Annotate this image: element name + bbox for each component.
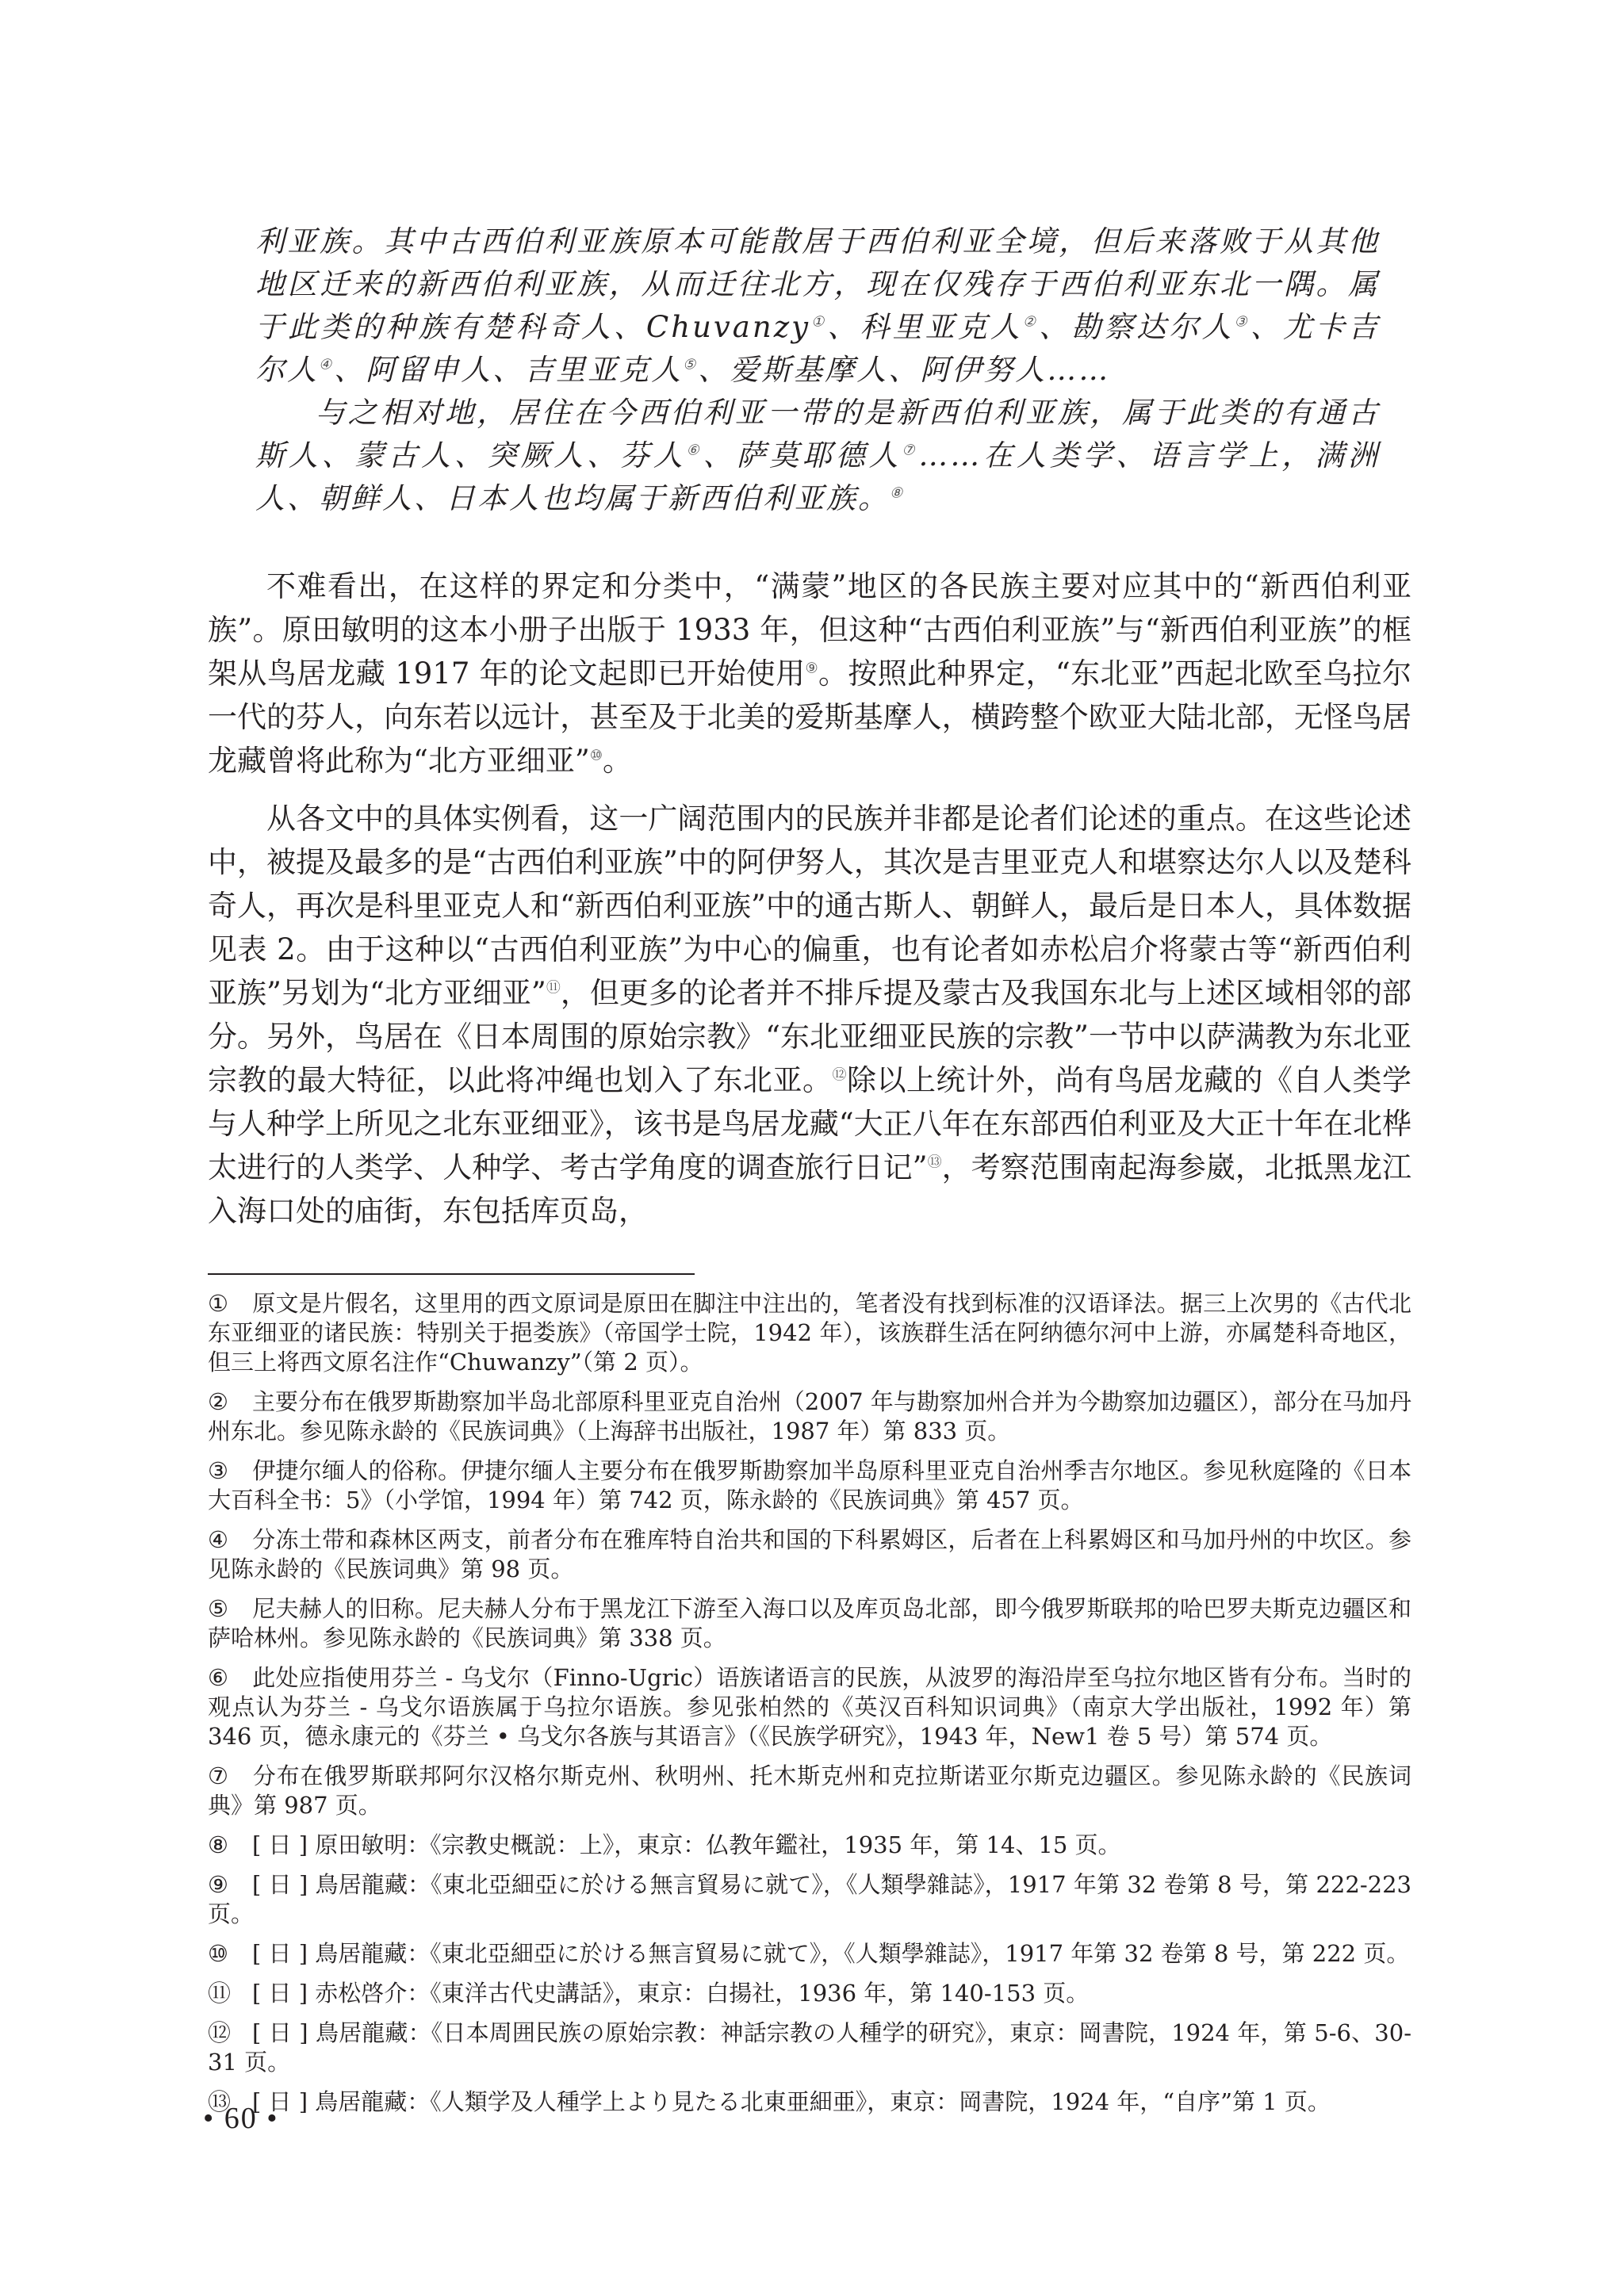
- footnote-number: ⑫: [208, 2019, 252, 2048]
- footnote-ref-6[interactable]: ⑥: [687, 442, 703, 459]
- footnote-text: 此处应指使用芬兰 - 乌戈尔（Finno-Ugric）语族诸语言的民族，从波罗的…: [208, 1664, 1411, 1750]
- footnote-ref-13[interactable]: ⑬: [928, 1154, 942, 1171]
- footnote-text: 主要分布在俄罗斯勘察加半岛北部原科里亚克自治州（2007 年与勘察加州合并为今勘…: [208, 1388, 1411, 1445]
- footnote-13: ⑬[ 日 ] 鳥居龍藏：《人類学及人種学上より見たる北東亜細亜》，東京：岡書院，…: [208, 2087, 1411, 2117]
- footnote-text: [ 日 ] 鳥居龍藏：《東北亞細亞に於ける無言貿易に就て》，《人類學雜誌》，19…: [208, 1871, 1411, 1927]
- footnote-1: ①原文是片假名，这里用的西文原词是原田在脚注中注出的，笔者没有找到标准的汉语译法…: [208, 1289, 1411, 1377]
- body-paragraph-1: 不难看出，在这样的界定和分类中，“满蒙”地区的各民族主要对应其中的“新西伯利亚族…: [208, 564, 1411, 783]
- quote-paragraph-2: 与之相对地，居住在今西伯利亚一带的是新西伯利亚族，属于此类的有通古斯人、蒙古人、…: [255, 392, 1380, 520]
- footnote-ref-11[interactable]: ⑪: [546, 980, 561, 997]
- body-text: 不难看出，在这样的界定和分类中，“满蒙”地区的各民族主要对应其中的“新西伯利亚族…: [208, 564, 1411, 1233]
- footnote-divider: [208, 1273, 695, 1275]
- footnote-2: ②主要分布在俄罗斯勘察加半岛北部原科里亚克自治州（2007 年与勘察加州合并为今…: [208, 1387, 1411, 1446]
- footnote-5: ⑤尼夫赫人的旧称。尼夫赫人分布于黑龙江下游至入海口以及库页岛北部，即今俄罗斯联邦…: [208, 1594, 1411, 1653]
- footnote-number: ②: [208, 1387, 252, 1417]
- footnote-3: ③伊捷尔缅人的俗称。伊捷尔缅人主要分布在俄罗斯勘察加半岛原科里亚克自治州季吉尔地…: [208, 1456, 1411, 1515]
- footnote-ref-10[interactable]: ⑩: [590, 748, 603, 764]
- footnote-number: ⑤: [208, 1594, 252, 1624]
- footnote-number: ⑪: [208, 1979, 252, 2008]
- footnote-number: ⑩: [208, 1939, 252, 1969]
- footnote-number: ⑥: [208, 1663, 252, 1693]
- document-page: 利亚族。其中古西伯利亚族原本可能散居于西伯利亚全境，但后来落败于从其他地区迁来的…: [0, 0, 1624, 2296]
- quote-paragraph-1: 利亚族。其中古西伯利亚族原本可能散居于西伯利亚全境，但后来落败于从其他地区迁来的…: [255, 220, 1380, 392]
- page-number: • 60 •: [203, 2101, 279, 2136]
- footnote-8: ⑧[ 日 ] 原田敏明：《宗教史概説：上》，東京：仏教年鑑社，1935 年，第 …: [208, 1831, 1411, 1860]
- footnote-12: ⑫[ 日 ] 鳥居龍藏：《日本周囲民族の原始宗教：神話宗教の人種学的研究》，東京…: [208, 2019, 1411, 2077]
- footnote-ref-2[interactable]: ②: [1023, 314, 1039, 331]
- footnote-ref-3[interactable]: ③: [1235, 314, 1251, 331]
- footnote-4: ④分冻土带和森林区两支，前者分布在雅库特自治共和国的下科累姆区，后者在上科累姆区…: [208, 1525, 1411, 1584]
- footnote-6: ⑥此处应指使用芬兰 - 乌戈尔（Finno-Ugric）语族诸语言的民族，从波罗…: [208, 1663, 1411, 1751]
- footnote-text: 分冻土带和森林区两支，前者分布在雅库特自治共和国的下科累姆区，后者在上科累姆区和…: [208, 1526, 1411, 1582]
- footnote-text: [ 日 ] 鳥居龍藏：《人類学及人種学上より見たる北東亜細亜》，東京：岡書院，1…: [252, 2088, 1331, 2115]
- footnote-text: [ 日 ] 原田敏明：《宗教史概説：上》，東京：仏教年鑑社，1935 年，第 1…: [252, 1831, 1121, 1858]
- footnote-11: ⑪[ 日 ] 赤松啓介：《東洋古代史講話》，東京：白揚社，1936 年，第 14…: [208, 1979, 1411, 2008]
- footnote-number: ③: [208, 1456, 252, 1486]
- footnote-ref-7[interactable]: ⑦: [902, 442, 918, 459]
- footnote-text: 原文是片假名，这里用的西文原词是原田在脚注中注出的，笔者没有找到标准的汉语译法。…: [208, 1290, 1411, 1376]
- block-quote: 利亚族。其中古西伯利亚族原本可能散居于西伯利亚全境，但后来落败于从其他地区迁来的…: [255, 220, 1380, 520]
- footnote-10: ⑩[ 日 ] 鳥居龍藏：《東北亞細亞に於ける無言貿易に就て》，《人類學雜誌》，1…: [208, 1939, 1411, 1969]
- footnote-text: [ 日 ] 鳥居龍藏：《東北亞細亞に於ける無言貿易に就て》，《人類學雜誌》，19…: [252, 1940, 1409, 1967]
- footnote-number: ⑧: [208, 1831, 252, 1860]
- footnote-text: 尼夫赫人的旧称。尼夫赫人分布于黑龙江下游至入海口以及库页岛北部，即今俄罗斯联邦的…: [208, 1595, 1411, 1651]
- footnote-ref-5[interactable]: ⑤: [683, 357, 698, 373]
- footnote-ref-8[interactable]: ⑧: [890, 485, 905, 502]
- footnote-9: ⑨[ 日 ] 鳥居龍藏：《東北亞細亞に於ける無言貿易に就て》，《人類學雜誌》，1…: [208, 1870, 1411, 1929]
- footnotes: ①原文是片假名，这里用的西文原词是原田在脚注中注出的，笔者没有找到标准的汉语译法…: [208, 1289, 1411, 2127]
- footnote-text: 分布在俄罗斯联邦阿尔汉格尔斯克州、秋明州、托木斯克州和克拉斯诺亚尔斯克边疆区。参…: [208, 1762, 1411, 1819]
- body-paragraph-2: 从各文中的具体实例看，这一广阔范围内的民族并非都是论者们论述的重点。在这些论述中…: [208, 797, 1411, 1233]
- footnote-text: [ 日 ] 鳥居龍藏：《日本周囲民族の原始宗教：神話宗教の人種学的研究》，東京：…: [208, 2019, 1411, 2076]
- footnote-ref-4[interactable]: ④: [319, 357, 334, 373]
- footnote-ref-1[interactable]: ①: [810, 314, 827, 331]
- footnote-ref-12[interactable]: ⑫: [833, 1067, 848, 1084]
- footnote-text: [ 日 ] 赤松啓介：《東洋古代史講話》，東京：白揚社，1936 年，第 140…: [252, 1980, 1089, 2007]
- footnote-text: 伊捷尔缅人的俗称。伊捷尔缅人主要分布在俄罗斯勘察加半岛原科里亚克自治州季吉尔地区…: [208, 1457, 1411, 1513]
- footnote-number: ⑨: [208, 1870, 252, 1900]
- footnote-number: ④: [208, 1525, 252, 1555]
- footnote-number: ⑦: [208, 1762, 252, 1791]
- footnote-number: ①: [208, 1289, 252, 1318]
- footnote-ref-9[interactable]: ⑨: [806, 660, 819, 677]
- footnote-7: ⑦分布在俄罗斯联邦阿尔汉格尔斯克州、秋明州、托木斯克州和克拉斯诺亚尔斯克边疆区。…: [208, 1762, 1411, 1820]
